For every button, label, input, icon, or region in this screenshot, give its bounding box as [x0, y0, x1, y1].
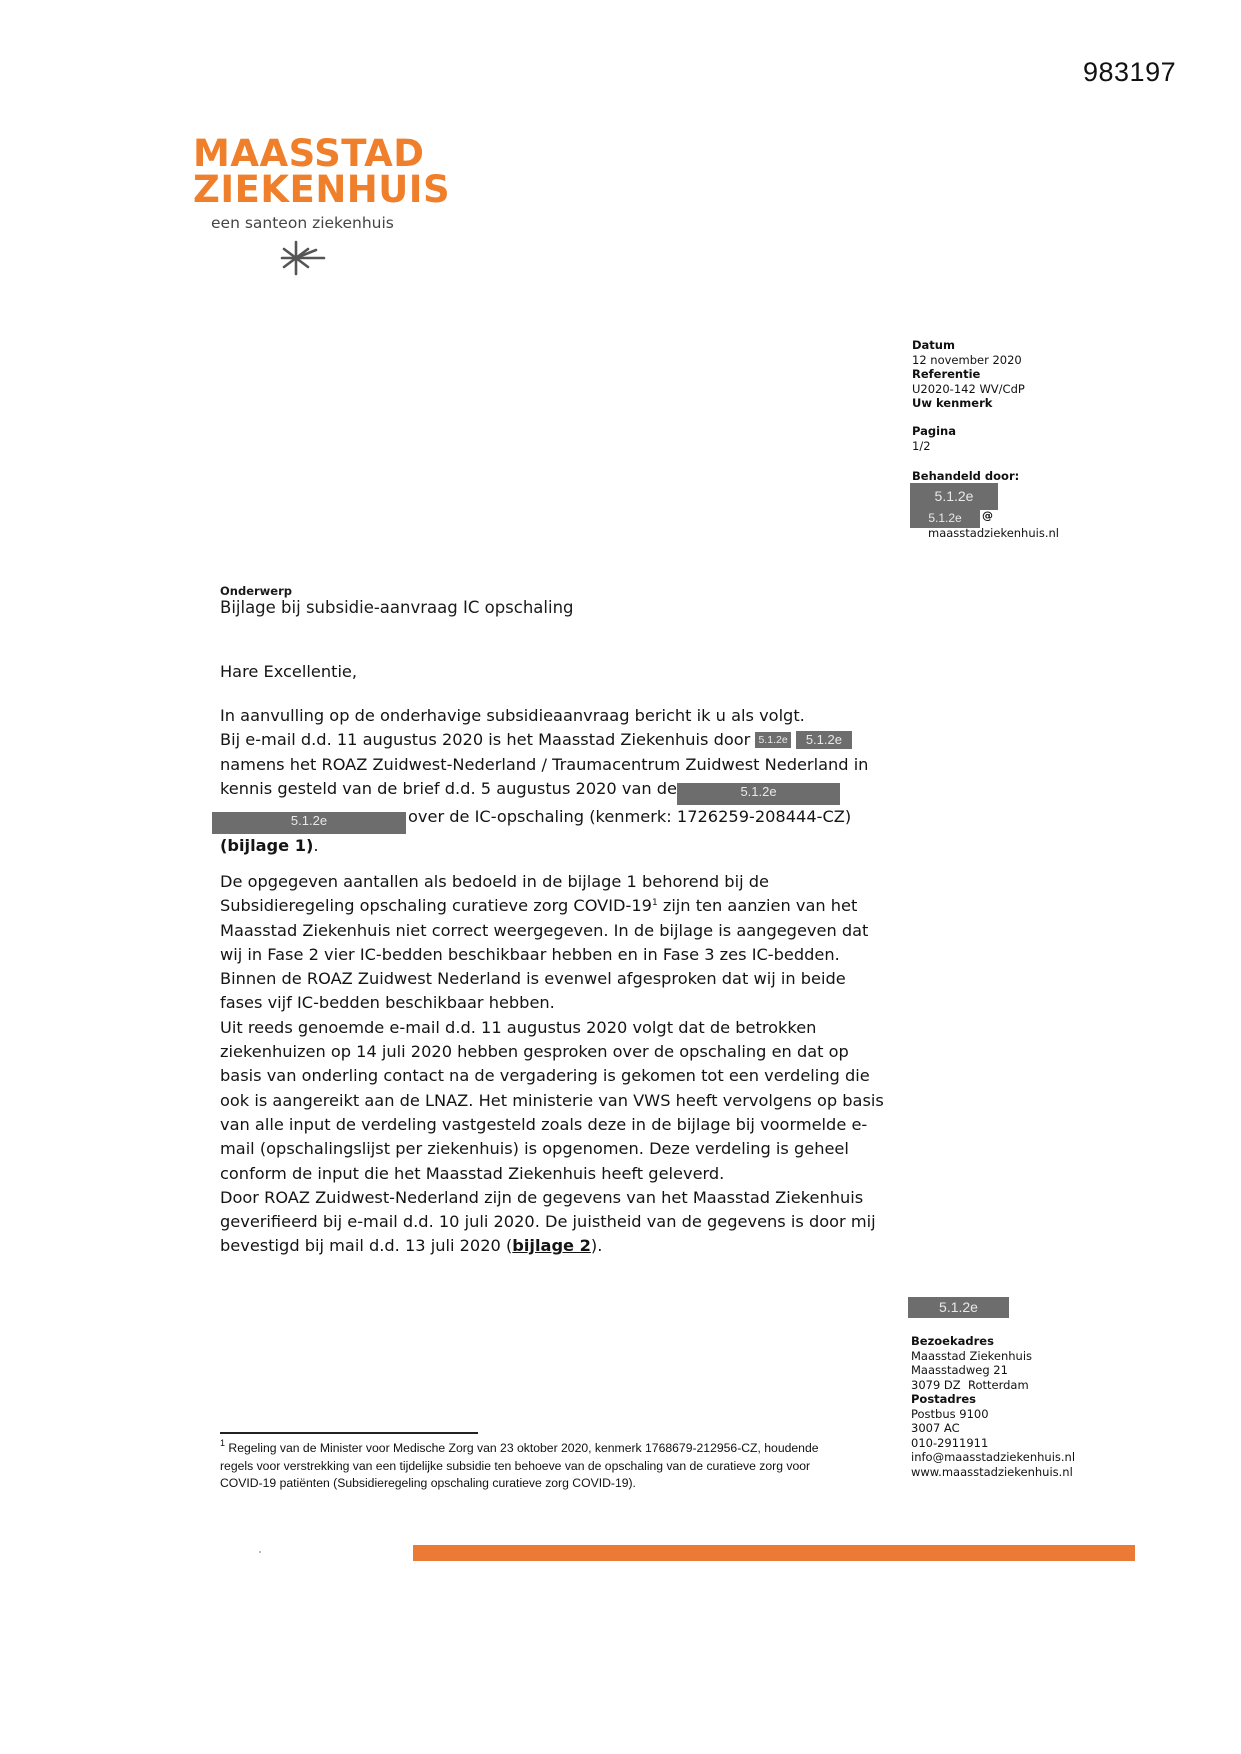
- text-line: fases vijf IC-bedden beschikbaar hebben.: [220, 991, 920, 1015]
- redaction-box: 5.1.2e: [910, 508, 980, 528]
- text-span: Regeling van de Minister voor Medische Z…: [225, 1441, 819, 1455]
- text-line: In aanvulling op de onderhavige subsidie…: [220, 704, 920, 728]
- attachment-2-link[interactable]: bijlage 2: [512, 1236, 591, 1255]
- visit-address-label: Bezoekadres: [911, 1334, 1091, 1349]
- star-icon: [280, 240, 336, 276]
- text-line: namens het ROAZ Zuidwest-Nederland / Tra…: [220, 753, 920, 777]
- footnote-line: 1 Regeling van de Minister voor Medische…: [220, 1440, 880, 1458]
- redaction-box: 5.1.2e: [755, 732, 790, 748]
- reference-label: Referentie: [912, 367, 1112, 382]
- redaction-box: 5.1.2e: [212, 812, 406, 834]
- footer-accent-bar: [413, 1545, 1135, 1561]
- postal-code: 3007 AC: [911, 1421, 1091, 1436]
- paragraph-2: De opgegeven aantallen als bedoeld in de…: [220, 870, 920, 1259]
- text-line: van alle input de verdeling vastgesteld …: [220, 1113, 920, 1137]
- text-line: conform de input die het Maasstad Zieken…: [220, 1162, 920, 1186]
- text-line: De opgegeven aantallen als bedoeld in de…: [220, 870, 920, 894]
- text-line: ziekenhuizen op 14 juli 2020 hebben gesp…: [220, 1040, 920, 1064]
- logo-line-2: ZIEKENHUIS: [193, 172, 433, 208]
- text-line: mail (opschalingslijst per ziekenhuis) i…: [220, 1137, 920, 1161]
- redaction-box: 5.1.2e: [910, 483, 998, 510]
- subject-label: Onderwerp: [220, 584, 292, 598]
- letter-meta: Datum 12 november 2020 Referentie U2020-…: [912, 338, 1112, 411]
- text-line: Maasstad Ziekenhuis niet correct weergeg…: [220, 919, 920, 943]
- email-at-sign: @: [982, 509, 993, 524]
- footnote-line: COVID-19 patiënten (Subsidieregeling ops…: [220, 1475, 880, 1493]
- page-info: Pagina 1/2: [912, 424, 956, 453]
- your-reference-label: Uw kenmerk: [912, 396, 1112, 411]
- salutation: Hare Excellentie,: [220, 660, 357, 684]
- text-line: basis van onderling contact na de vergad…: [220, 1064, 920, 1088]
- text-line: 5.1.2eover de IC-opschaling (kenmerk: 17…: [220, 805, 920, 834]
- redaction-box: 5.1.2e: [796, 731, 852, 749]
- postal-box: Postbus 9100: [911, 1407, 1091, 1422]
- address-block: Bezoekadres Maasstad Ziekenhuis Maasstad…: [911, 1334, 1091, 1479]
- text-line: ook is aangereikt aan de LNAZ. Het minis…: [220, 1089, 920, 1113]
- document-number: 983197: [1083, 57, 1176, 88]
- text-line: bevestigd bij mail d.d. 13 juli 2020 (bi…: [220, 1234, 920, 1258]
- website: www.maasstadziekenhuis.nl: [911, 1465, 1091, 1480]
- visit-name: Maasstad Ziekenhuis: [911, 1349, 1091, 1364]
- page-label: Pagina: [912, 424, 956, 439]
- scan-speck: [259, 1551, 261, 1553]
- text-line: Uit reeds genoemde e-mail d.d. 11 august…: [220, 1016, 920, 1040]
- text-span: Subsidieregeling opschaling curatieve zo…: [220, 896, 652, 915]
- page-value: 1/2: [912, 439, 956, 454]
- attachment-ref: (bijlage 1): [220, 836, 313, 855]
- handled-by-text: Behandeld door:: [912, 469, 1019, 483]
- logo-line-1: MAASSTAD: [193, 136, 433, 172]
- reference-value: U2020-142 WV/CdP: [912, 382, 1112, 397]
- text-line: kennis gesteld van de brief d.d. 5 augus…: [220, 777, 920, 805]
- text-span: .: [313, 836, 318, 855]
- text-span: zijn ten aanzien van het: [658, 896, 858, 915]
- text-line: Bij e-mail d.d. 11 augustus 2020 is het …: [220, 728, 920, 752]
- footnote-divider: [220, 1432, 478, 1434]
- logo-tagline: een santeon ziekenhuis: [211, 214, 433, 232]
- paragraph-1: In aanvulling op de onderhavige subsidie…: [220, 704, 920, 858]
- text-line: geverifieerd bij e-mail d.d. 10 juli 202…: [220, 1210, 920, 1234]
- visit-city: 3079 DZ Rotterdam: [911, 1378, 1091, 1393]
- handled-by-label: Behandeld door:: [912, 469, 1019, 484]
- text-line: (bijlage 1).: [220, 834, 920, 858]
- visit-street: Maasstadweg 21: [911, 1363, 1091, 1378]
- redaction-box: 5.1.2e: [677, 783, 840, 805]
- contact-email: info@maasstadziekenhuis.nl: [911, 1450, 1091, 1465]
- footnote: 1 Regeling van de Minister voor Medische…: [220, 1440, 880, 1493]
- text-span: bevestigd bij mail d.d. 13 juli 2020 (: [220, 1236, 512, 1255]
- footnote-line: regels voor verstrekking van een tijdeli…: [220, 1458, 880, 1476]
- subject-text: Bijlage bij subsidie-aanvraag IC opschal…: [220, 598, 574, 617]
- email-domain: maasstadziekenhuis.nl: [928, 526, 1059, 541]
- text-span: ).: [591, 1236, 602, 1255]
- phone-number: 010-2911911: [911, 1436, 1091, 1451]
- postal-address-label: Postadres: [911, 1392, 1091, 1407]
- text-span: kennis gesteld van de brief d.d. 5 augus…: [220, 779, 677, 798]
- date-label: Datum: [912, 338, 1112, 353]
- hospital-logo: MAASSTAD ZIEKENHUIS een santeon ziekenhu…: [193, 136, 433, 232]
- redaction-box: 5.1.2e: [908, 1297, 1009, 1318]
- date-value: 12 november 2020: [912, 353, 1112, 368]
- text-line: Door ROAZ Zuidwest-Nederland zijn de geg…: [220, 1186, 920, 1210]
- text-line: Binnen de ROAZ Zuidwest Nederland is eve…: [220, 967, 920, 991]
- text-line: Subsidieregeling opschaling curatieve zo…: [220, 894, 920, 918]
- text-span: over de IC-opschaling (kenmerk: 1726259-…: [408, 807, 851, 826]
- text-line: wij in Fase 2 vier IC-bedden beschikbaar…: [220, 943, 920, 967]
- text-span: Bij e-mail d.d. 11 augustus 2020 is het …: [220, 730, 755, 749]
